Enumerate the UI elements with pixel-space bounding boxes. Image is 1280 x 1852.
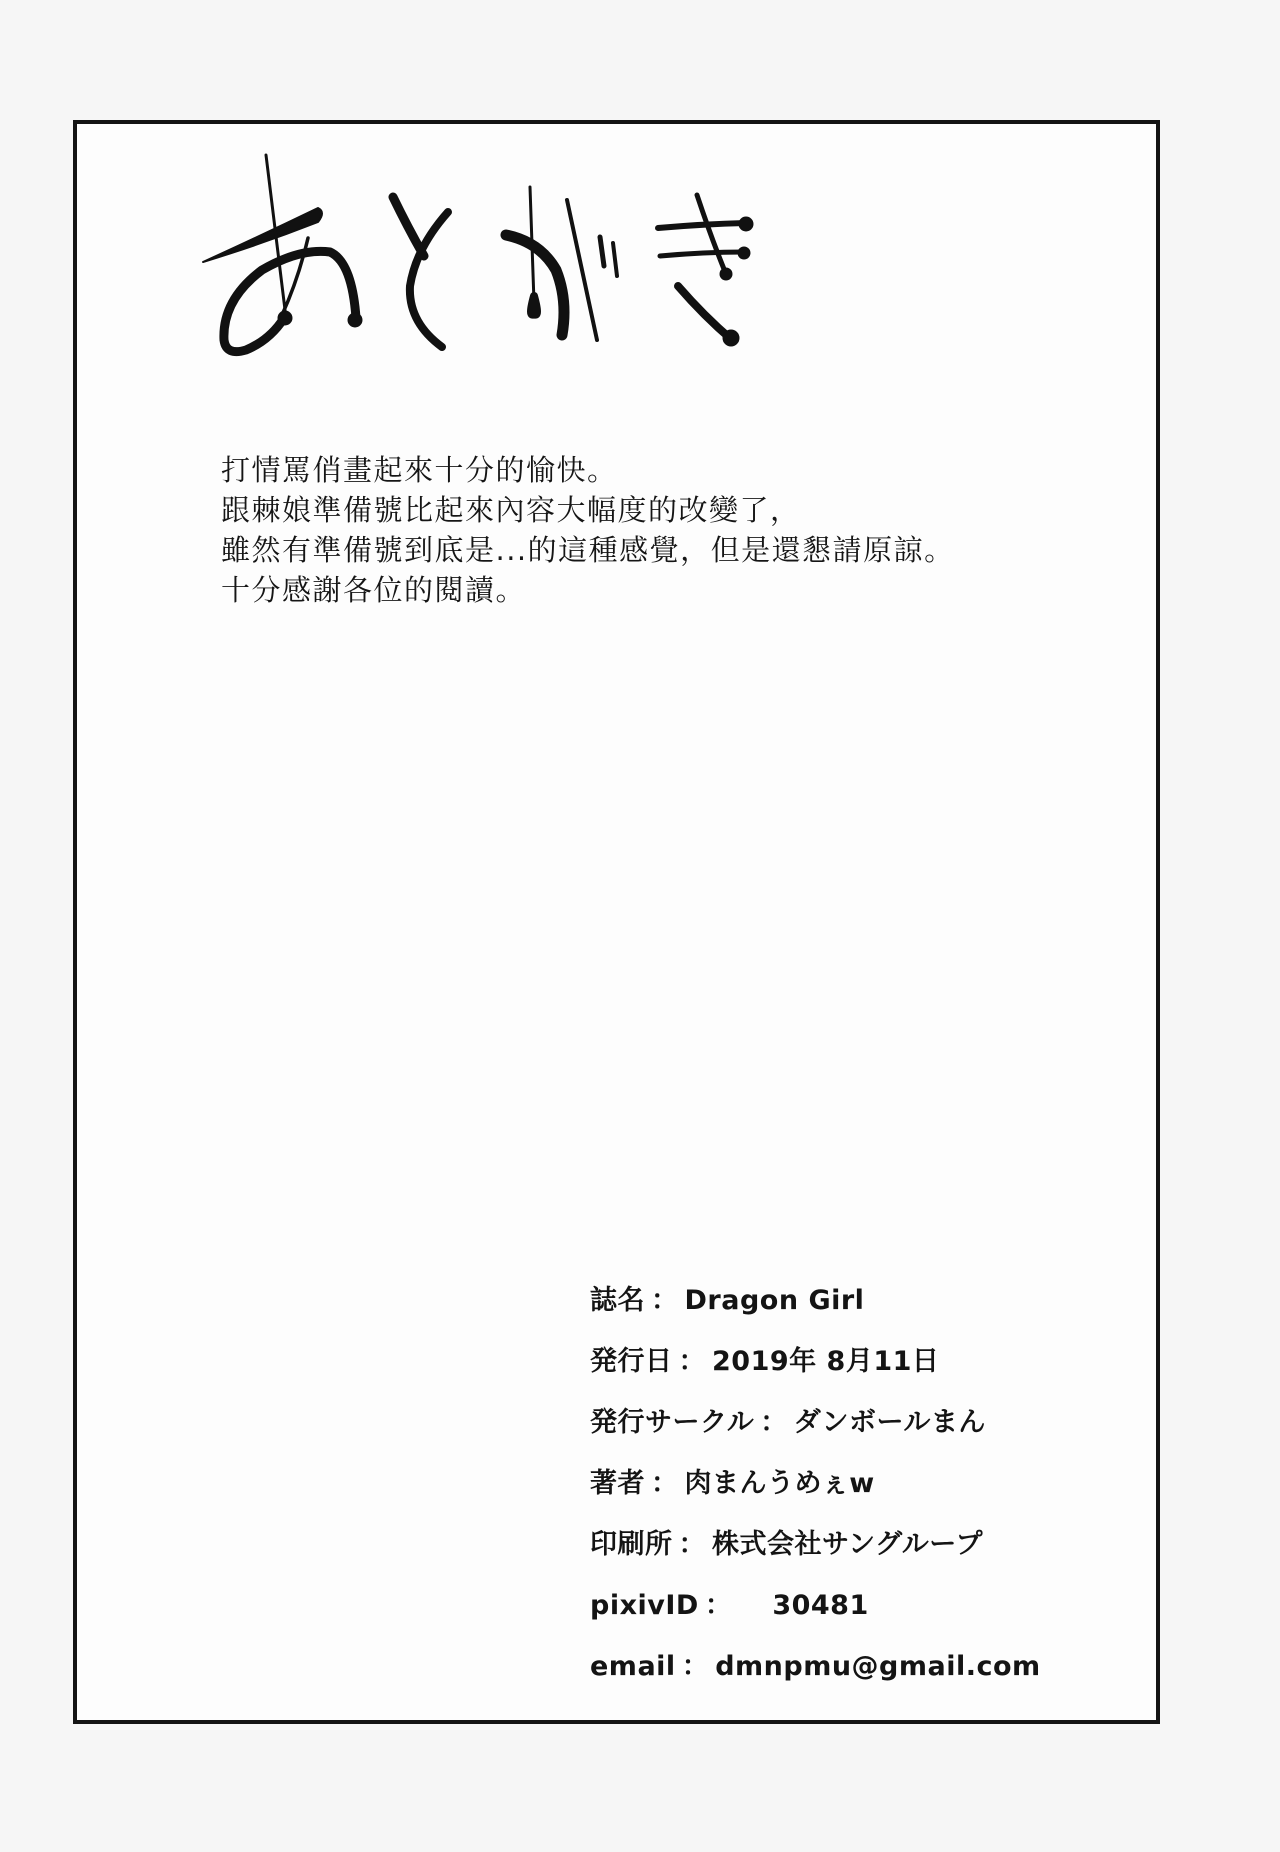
colophon-date: 発行日：2019年 8月11日 — [590, 1331, 1041, 1392]
colophon-title: 誌名：Dragon Girl — [590, 1270, 1041, 1331]
colophon-label: 発行日 — [590, 1346, 673, 1377]
colophon-separator: ： — [676, 1651, 716, 1682]
colophon-value: 30481 — [772, 1590, 868, 1621]
colophon-separator: ： — [673, 1346, 713, 1377]
colophon-separator: ： — [673, 1529, 713, 1560]
colophon-value: 2019年 8月11日 — [712, 1346, 939, 1377]
afterword-body: 打情罵俏畫起來十分的愉快。 跟棘娘準備號比起來內容大幅度的改變了， 雖然有準備號… — [221, 450, 955, 610]
colophon-circle: 発行サークル：ダンボールまん — [590, 1392, 1041, 1453]
colophon-separator: ： — [645, 1285, 685, 1316]
colophon-label: 誌名 — [590, 1285, 645, 1316]
colophon-label: pixivID — [590, 1590, 699, 1621]
colophon-author: 著者：肉まんうめぇw — [590, 1453, 1041, 1514]
colophon-label: email — [590, 1651, 676, 1682]
body-line: 十分感謝各位的閱讀。 — [221, 570, 955, 610]
colophon-label: 著者 — [590, 1468, 645, 1499]
colophon-pixiv: pixivID：30481 — [590, 1575, 1041, 1636]
colophon-label: 印刷所 — [590, 1529, 673, 1560]
colophon-value: 肉まんうめぇw — [685, 1468, 875, 1499]
colophon-separator: ： — [645, 1468, 685, 1499]
body-line: 跟棘娘準備號比起來內容大幅度的改變了， — [221, 490, 955, 530]
colophon: 誌名：Dragon Girl 発行日：2019年 8月11日 発行サークル：ダン… — [590, 1270, 1041, 1697]
colophon-separator: ： — [754, 1407, 794, 1438]
colophon-separator: ： — [699, 1590, 739, 1621]
body-line: 打情罵俏畫起來十分的愉快。 — [221, 450, 955, 490]
colophon-value: Dragon Girl — [685, 1285, 865, 1316]
colophon-value: 株式会社サングループ — [712, 1529, 983, 1560]
colophon-label: 発行サークル — [590, 1407, 754, 1438]
colophon-value: dmnpmu@gmail.com — [715, 1651, 1041, 1682]
body-line: 雖然有準備號到底是...的這種感覺，但是還懇請原諒。 — [221, 530, 955, 570]
colophon-email: email：dmnpmu@gmail.com — [590, 1636, 1041, 1697]
colophon-printer: 印刷所：株式会社サングループ — [590, 1514, 1041, 1575]
colophon-value: ダンボールまん — [794, 1407, 986, 1438]
